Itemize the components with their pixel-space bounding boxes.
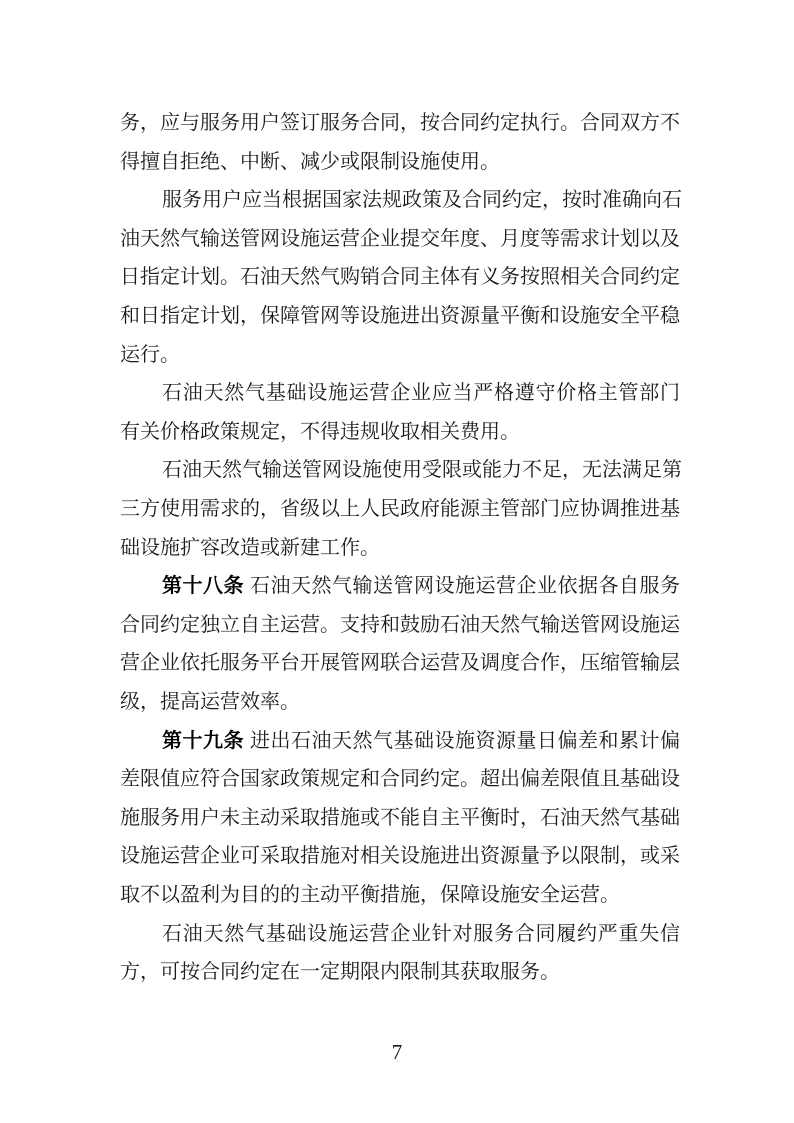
paragraph-4-line-3: 础设施扩容改造或新建工作。 xyxy=(120,532,680,562)
article-18-text: 石油天然气输送管网设施运营企业依据各自服务 xyxy=(250,573,680,597)
paragraph-4-line-2: 三方使用需求的，省级以上人民政府能源主管部门应协调推进基 xyxy=(120,493,680,523)
paragraph-2-line-1: 服务用户应当根据国家法规政策及合同约定，按时准确向石 xyxy=(162,184,680,214)
article-18-line-1: 第十八条石油天然气输送管网设施运营企业依据各自服务 xyxy=(162,570,680,600)
paragraph-3-line-2: 有关价格政策规定，不得违规收取相关费用。 xyxy=(120,416,680,446)
paragraph-3-line-1: 石油天然气基础设施运营企业应当严格遵守价格主管部门 xyxy=(162,377,680,407)
paragraph-2-line-4: 和日指定计划，保障管网等设施进出资源量平衡和设施安全平稳 xyxy=(120,300,680,330)
article-18-line-3: 营企业依托服务平台开展管网联合运营及调度合作，压缩管输层 xyxy=(120,647,680,677)
article-18-heading: 第十八条 xyxy=(162,573,244,597)
paragraph-7-line-1: 石油天然气基础设施运营企业针对服务合同履约严重失信 xyxy=(162,918,680,948)
document-page: 务，应与服务用户签订服务合同，按合同约定执行。合同双方不 得擅自拒绝、中断、减少… xyxy=(0,0,794,1123)
paragraph-2-line-5: 运行。 xyxy=(120,339,680,369)
article-19-line-1: 第十九条进出石油天然气基础设施资源量日偏差和累计偏 xyxy=(162,725,680,755)
article-18-line-2: 合同约定独立自主运营。支持和鼓励石油天然气输送管网设施运 xyxy=(120,609,680,639)
article-19-heading: 第十九条 xyxy=(162,728,244,752)
article-18-line-4: 级，提高运营效率。 xyxy=(120,686,680,716)
article-19-line-3: 施服务用户未主动采取措施或不能自主平衡时，石油天然气基础 xyxy=(120,802,680,832)
paragraph-7-line-2: 方，可按合同约定在一定期限内限制其获取服务。 xyxy=(120,956,680,986)
article-19-line-4: 设施运营企业可采取措施对相关设施进出资源量予以限制，或采 xyxy=(120,840,680,870)
paragraph-2-line-3: 日指定计划。石油天然气购销合同主体有义务按照相关合同约定 xyxy=(120,261,680,291)
paragraph-1-line-2: 得擅自拒绝、中断、减少或限制设施使用。 xyxy=(120,146,680,176)
article-19-line-5: 取不以盈利为目的的主动平衡措施，保障设施安全运营。 xyxy=(120,879,680,909)
paragraph-4-line-1: 石油天然气输送管网设施使用受限或能力不足，无法满足第 xyxy=(162,454,680,484)
paragraph-1-line-1: 务，应与服务用户签订服务合同，按合同约定执行。合同双方不 xyxy=(120,107,680,137)
article-19-text: 进出石油天然气基础设施资源量日偏差和累计偏 xyxy=(250,728,680,752)
article-19-line-2: 差限值应符合国家政策规定和合同约定。超出偏差限值且基础设 xyxy=(120,763,680,793)
page-number: 7 xyxy=(0,1040,794,1065)
paragraph-2-line-2: 油天然气输送管网设施运营企业提交年度、月度等需求计划以及 xyxy=(120,223,680,253)
